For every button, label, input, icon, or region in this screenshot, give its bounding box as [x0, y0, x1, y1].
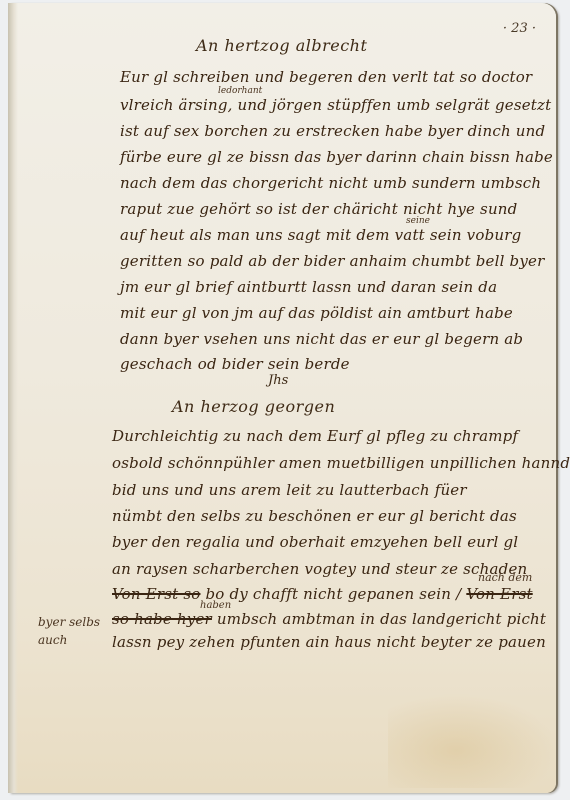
- text-line: geritten so pald ab der bider anhaim chu…: [120, 252, 544, 270]
- text-line: jm eur gl brief aintburtt lassn und dara…: [120, 278, 497, 296]
- text-line: ist auf sex borchen zu erstrecken habe b…: [120, 122, 545, 140]
- text-line-with-deletions: so habe hyer umbsch ambtman in das landg…: [112, 610, 546, 628]
- text-line: geschach od bider sein berde: [120, 355, 350, 373]
- text-segment: bo dy chafft nicht gepanen sein /: [205, 585, 461, 603]
- text-line: Eur gl schreiben und begeren den verlt t…: [120, 68, 532, 86]
- text-line: an raysen scharberchen vogtey und steur …: [112, 560, 527, 578]
- text-line-with-deletions: Von Erst so bo dy chafft nicht gepanen s…: [112, 585, 533, 603]
- margin-note-line: auch: [38, 633, 67, 647]
- closing-mark: Jhs: [268, 373, 288, 388]
- text-line: vlreich ärsing, und jörgen stüpffen umb …: [120, 96, 551, 114]
- text-line: nach dem das chorgericht nicht umb sunde…: [120, 174, 541, 192]
- margin-note-line: byer selbs: [38, 615, 100, 629]
- section-1-heading: An hertzog albrecht: [196, 36, 367, 55]
- text-line: mit eur gl von jm auf das pöldist ain am…: [120, 304, 513, 322]
- text-line: raput zue gehört so ist der chäricht nic…: [120, 200, 517, 218]
- text-line: osbold schönnpühler amen muetbilligen un…: [112, 454, 570, 472]
- folio-number: · 23 ·: [503, 21, 536, 36]
- text-line: auf heut als man uns sagt mit dem vatt s…: [120, 226, 521, 244]
- superscript-insertion: nach dem: [478, 571, 532, 584]
- struck-text: so habe hyer: [112, 610, 212, 628]
- superscript-insertion: seine: [406, 216, 430, 226]
- superscript-insertion: ledorhant: [218, 86, 262, 96]
- text-line: fürbe eure gl ze bissn das byer darinn c…: [120, 148, 553, 166]
- text-line: lassn pey zehen pfunten ain haus nicht b…: [112, 633, 546, 651]
- struck-text: Von Erst: [466, 585, 532, 603]
- text-line: byer den regalia und oberhait emzyehen b…: [112, 533, 518, 551]
- text-segment: umbsch ambtman in das landgericht picht: [217, 610, 546, 628]
- section-2-heading: An herzog georgen: [172, 397, 335, 416]
- text-line: Durchleichtig zu nach dem Eurf gl pfleg …: [112, 427, 518, 445]
- text-line: dann byer vsehen uns nicht das er eur gl…: [120, 330, 523, 348]
- text-line: nümbt den selbs zu beschönen er eur gl b…: [112, 507, 517, 525]
- manuscript-page: · 23 · An hertzog albrecht Eur gl schrei…: [8, 3, 556, 793]
- struck-text: Von Erst so: [112, 585, 200, 603]
- text-line: bid uns und uns arem leit zu lautterbach…: [112, 481, 467, 499]
